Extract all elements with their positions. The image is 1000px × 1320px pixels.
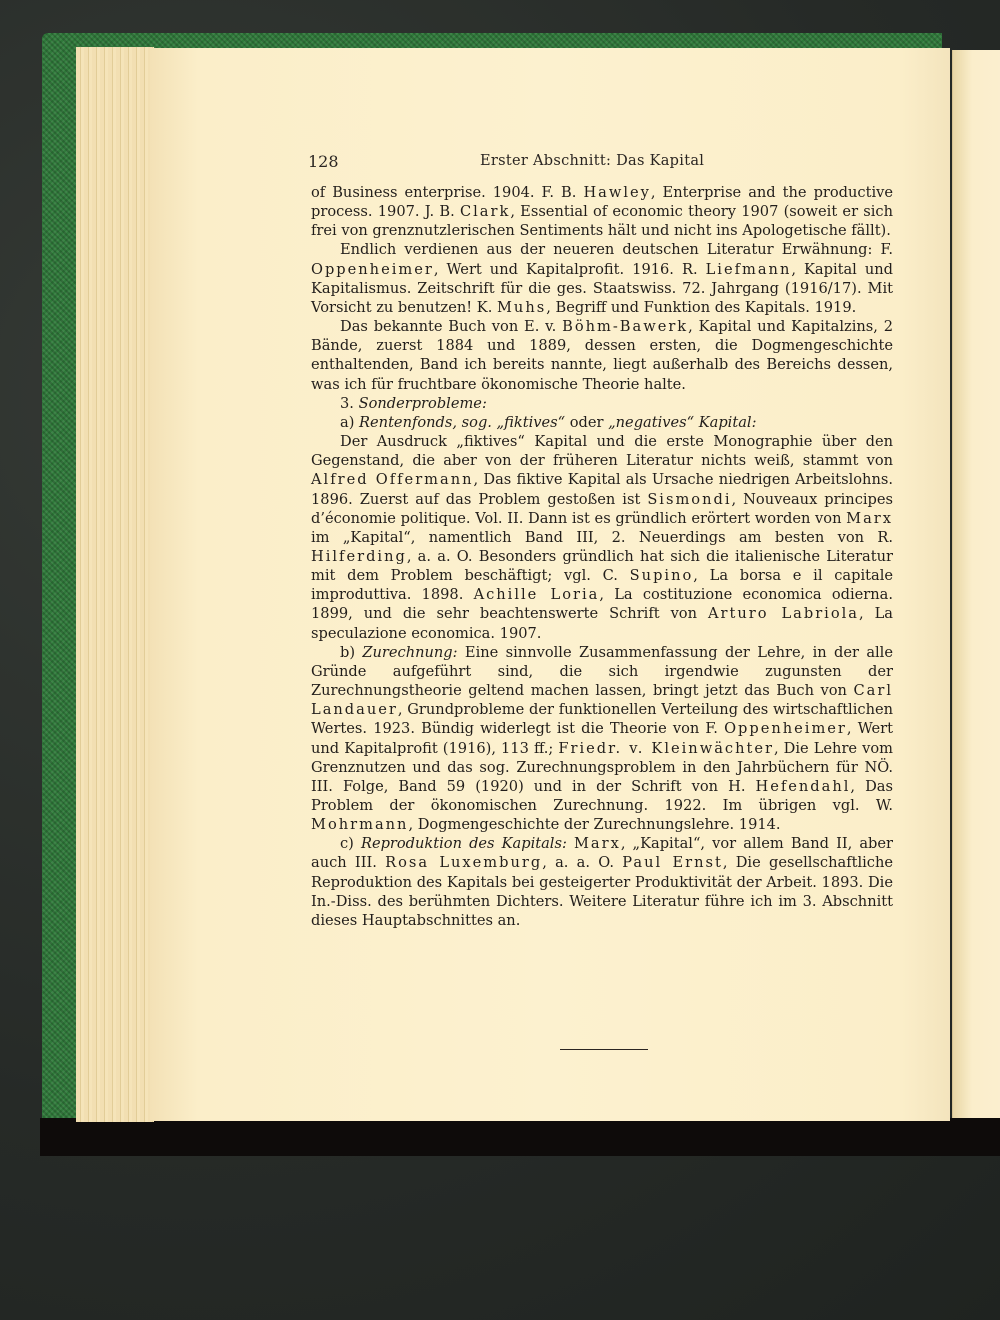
author-name: Paul Ernst	[622, 854, 723, 871]
italic-text: „negatives“ Kapital:	[608, 414, 756, 431]
text-run: , a. a. O.	[542, 854, 622, 871]
text-run	[567, 835, 574, 852]
text-run: im „Kapital“, namentlich Band III, 2. Ne…	[311, 529, 893, 546]
italic-text: Zurechnung:	[362, 644, 457, 661]
italic-text: Reproduktion des Kapitals:	[361, 835, 567, 852]
subsection-heading: a) Rentenfonds, sog. „fiktives“ oder „ne…	[311, 413, 893, 432]
paragraph: of Business enterprise. 1904. F. B. Hawl…	[311, 183, 893, 240]
author-name: Muhs	[497, 299, 546, 316]
author-name: Alfred Offermann	[311, 471, 474, 488]
author-name: Arturo Labriola	[708, 605, 859, 622]
paragraph: Endlich verdienen aus der neueren deutsc…	[311, 240, 893, 317]
running-header: 128 Erster Abschnitt: Das Kapital	[308, 150, 908, 174]
text-run: oder	[565, 414, 608, 431]
author-name: Oppenheimer	[311, 261, 434, 278]
paragraph: Das bekannte Buch von E. v. Böhm-Bawerk,…	[311, 317, 893, 394]
running-title: Erster Abschnitt: Das Kapital	[480, 153, 704, 169]
text-run: a)	[340, 414, 359, 431]
author-name: Achille Loria	[474, 586, 600, 603]
page-edge-stack	[76, 47, 154, 1122]
page-number: 128	[308, 152, 339, 171]
author-name: Hawley	[583, 184, 650, 201]
author-name: Oppenheimer	[724, 720, 847, 737]
italic-text: Sonderprobleme:	[359, 395, 487, 412]
text-run: Endlich verdienen aus der neueren deutsc…	[340, 241, 893, 258]
author-name: Hefendahl	[756, 778, 851, 795]
text-run: , Begriff und Funktion des Kapitals. 191…	[546, 299, 856, 316]
author-name: Clark	[460, 203, 510, 220]
author-name: Liefmann	[706, 261, 792, 278]
text-run: of Business enterprise. 1904. F. B.	[311, 184, 583, 201]
author-name: Supino	[630, 567, 694, 584]
text-run: Das bekannte Buch von E. v.	[340, 318, 562, 335]
section-end-rule	[560, 1049, 648, 1050]
facing-page-edge	[952, 50, 1000, 1118]
author-name: Mohrmann	[311, 816, 408, 833]
author-name: Böhm-Bawerk	[562, 318, 688, 335]
text-run: 3.	[340, 395, 359, 412]
author-name: Hilferding	[311, 548, 407, 565]
author-name: Rosa Luxemburg	[385, 854, 542, 871]
text-run: Der Ausdruck „fiktives“ Kapital und die …	[311, 433, 893, 469]
paragraph: c) Reproduktion des Kapitals: Marx, „Kap…	[311, 834, 893, 930]
author-name: Marx	[846, 510, 893, 527]
page-body-text: of Business enterprise. 1904. F. B. Hawl…	[311, 183, 893, 930]
text-run: c)	[340, 835, 361, 852]
book-shadow	[40, 1118, 1000, 1156]
section-heading: 3. Sonderprobleme:	[311, 394, 893, 413]
italic-text: Rentenfonds, sog. „fiktives“	[359, 414, 565, 431]
author-name: Marx	[574, 835, 621, 852]
text-run: b)	[340, 644, 362, 661]
author-name: Friedr. v. Kleinwächter	[558, 740, 774, 757]
text-run: , Wert und Kapitalprofit. 1916. R.	[434, 261, 706, 278]
paragraph: b) Zurechnung: Eine sinnvolle Zusammenfa…	[311, 643, 893, 835]
paragraph: Der Ausdruck „fiktives“ Kapital und die …	[311, 432, 893, 643]
author-name: Sismondi	[647, 491, 731, 508]
text-run: , Dogmengeschichte der Zurechnungslehre.…	[408, 816, 780, 833]
